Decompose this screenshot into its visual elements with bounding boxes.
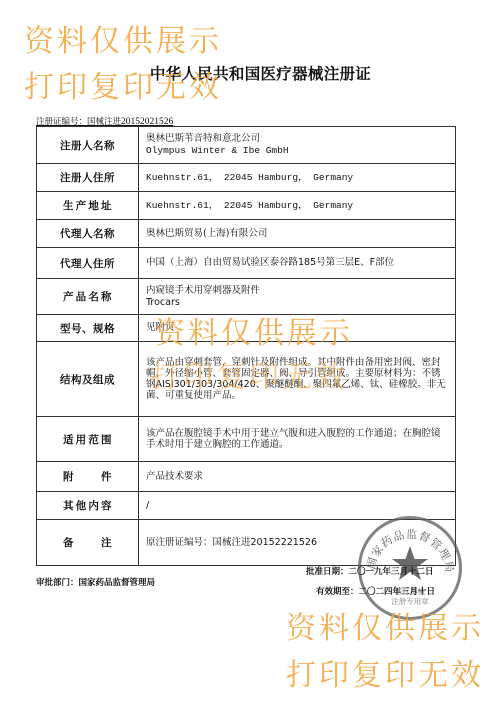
- value-line: 原注册证编号：国械注进20152221526: [146, 537, 455, 549]
- row-label: 注册人住所: [37, 164, 139, 191]
- approval-department: 审批部门：国家药品监督管理局: [36, 576, 155, 588]
- value-line: 奥林巴斯贸易(上海)有限公司: [146, 228, 455, 240]
- table-row-registrant-name: 注册人名称 奥林巴斯苇音特和意北公司 Olympus Winter & Ibe …: [37, 127, 455, 163]
- label-char: 址: [101, 198, 112, 213]
- table-row-structure: 结构及组成 该产品由穿刺套管，穿刺针及附件组成。其中附件由备用密封阀、密封帽、外…: [37, 341, 455, 416]
- row-value: 奥林巴斯苇音特和意北公司 Olympus Winter & Ibe GmbH: [139, 127, 455, 163]
- table-row-agent-name: 代理人名称 奥林巴斯贸易(上海)有限公司: [37, 219, 455, 247]
- value-line: 见附页: [146, 322, 455, 334]
- row-value: Kuehnstr.61， 22045 Hamburg， Germany: [139, 164, 455, 191]
- row-label: 附件: [37, 462, 139, 491]
- row-value: 见附页: [139, 315, 455, 341]
- label-char: 备: [63, 535, 74, 550]
- value-line: 产品技术要求: [146, 471, 455, 483]
- row-value: /: [139, 492, 455, 519]
- label-char: 容: [101, 498, 112, 513]
- row-label: 生产地址: [37, 192, 139, 219]
- watermark-bottom-line1: 资料仅供展示: [286, 603, 484, 647]
- seal-inner-line2: 注册专用章: [391, 596, 429, 606]
- label-char: 用: [76, 432, 87, 447]
- row-label: 注册人名称: [37, 127, 139, 163]
- table-row-registrant-address: 注册人住所 Kuehnstr.61， 22045 Hamburg， German…: [37, 163, 455, 191]
- row-value: Kuehnstr.61， 22045 Hamburg， Germany: [139, 192, 455, 219]
- value-line: Olympus Winter & Ibe GmbH: [146, 145, 455, 157]
- certificate-page: 中华人民共和国医疗器械注册证 注册证编号：国械注进20152021526 注册人…: [0, 0, 499, 707]
- row-value: 产品技术要求: [139, 462, 455, 491]
- valid-until-date: 有效期至：二〇二四年三月十日: [316, 585, 435, 597]
- value-line: /: [146, 500, 455, 512]
- watermark-top-line1: 资料仅供展示: [24, 16, 222, 60]
- certificate-table: 注册人名称 奥林巴斯苇音特和意北公司 Olympus Winter & Ibe …: [36, 126, 456, 566]
- label-char: 品: [76, 289, 87, 304]
- document-title: 中华人民共和国医疗器械注册证: [0, 62, 499, 84]
- row-value: 该产品由穿刺套管，穿刺针及附件组成。其中附件由备用密封阀、密封帽、外径缩小管、套…: [139, 342, 455, 416]
- label-char: 件: [101, 469, 112, 484]
- label-char: 称: [101, 289, 112, 304]
- row-label: 型号、规格: [37, 315, 139, 341]
- table-row-model-spec: 型号、规格 见附页: [37, 314, 455, 341]
- label-char: 产: [63, 289, 74, 304]
- label-char: 他: [76, 498, 87, 513]
- row-label: 备注: [37, 520, 139, 565]
- table-row-product-name: 产品名称 内窥镜手术用穿刺器及附件 Trocars: [37, 278, 455, 314]
- value-line: 奥林巴斯苇音特和意北公司: [146, 133, 455, 145]
- value-line: 中国（上海）自由贸易试验区泰谷路185号第三层E、F部位: [146, 257, 455, 269]
- row-value: 原注册证编号：国械注进20152221526: [139, 520, 455, 565]
- row-value: 中国（上海）自由贸易试验区泰谷路185号第三层E、F部位: [139, 248, 455, 278]
- approval-date: 批准日期：二〇一九年三月十二日: [306, 565, 434, 577]
- value-line: Kuehnstr.61， 22045 Hamburg， Germany: [146, 200, 455, 212]
- row-label: 产品名称: [37, 279, 139, 314]
- value-line: Trocars: [146, 297, 455, 309]
- value-line: 内窥镜手术用穿刺器及附件: [146, 285, 455, 297]
- label-char: 注: [101, 535, 112, 550]
- label-char: 附: [63, 469, 74, 484]
- row-value: 该产品在腹腔镜手术中用于建立气腹和进入腹腔的工作通道；在胸腔镜手术时用于建立胸腔…: [139, 417, 455, 461]
- row-label: 其他内容: [37, 492, 139, 519]
- label-char: 名: [88, 289, 99, 304]
- row-label: 结构及组成: [37, 342, 139, 416]
- table-row-scope: 适用范围 该产品在腹腔镜手术中用于建立气腹和进入腹腔的工作通道；在胸腔镜手术时用…: [37, 416, 455, 461]
- label-char: 围: [101, 432, 112, 447]
- row-label: 代理人名称: [37, 220, 139, 247]
- value-line: Kuehnstr.61， 22045 Hamburg， Germany: [146, 172, 455, 184]
- label-char: 适: [63, 432, 74, 447]
- table-row-agent-address: 代理人住所 中国（上海）自由贸易试验区泰谷路185号第三层E、F部位: [37, 247, 455, 278]
- table-row-attachment: 附件 产品技术要求: [37, 461, 455, 491]
- table-row-other: 其他内容 /: [37, 491, 455, 519]
- label-char: 其: [63, 498, 74, 513]
- row-value: 内窥镜手术用穿刺器及附件 Trocars: [139, 279, 455, 314]
- table-row-remarks: 备注 原注册证编号：国械注进20152221526: [37, 519, 455, 565]
- label-char: 生: [63, 198, 74, 213]
- label-char: 内: [88, 498, 99, 513]
- label-char: 产: [76, 198, 87, 213]
- label-char: 地: [88, 198, 99, 213]
- row-label: 适用范围: [37, 417, 139, 461]
- row-value: 奥林巴斯贸易(上海)有限公司: [139, 220, 455, 247]
- row-label: 代理人住所: [37, 248, 139, 278]
- value-paragraph: 该产品由穿刺套管，穿刺针及附件组成。其中附件由备用密封阀、密封帽、外径缩小管、套…: [146, 357, 449, 401]
- label-char: 范: [88, 432, 99, 447]
- value-paragraph: 该产品在腹腔镜手术中用于建立气腹和进入腹腔的工作通道；在胸腔镜手术时用于建立胸腔…: [146, 428, 449, 450]
- table-row-production-address: 生产地址 Kuehnstr.61， 22045 Hamburg， Germany: [37, 191, 455, 219]
- watermark-bottom-line2: 打印复印无效: [286, 650, 484, 694]
